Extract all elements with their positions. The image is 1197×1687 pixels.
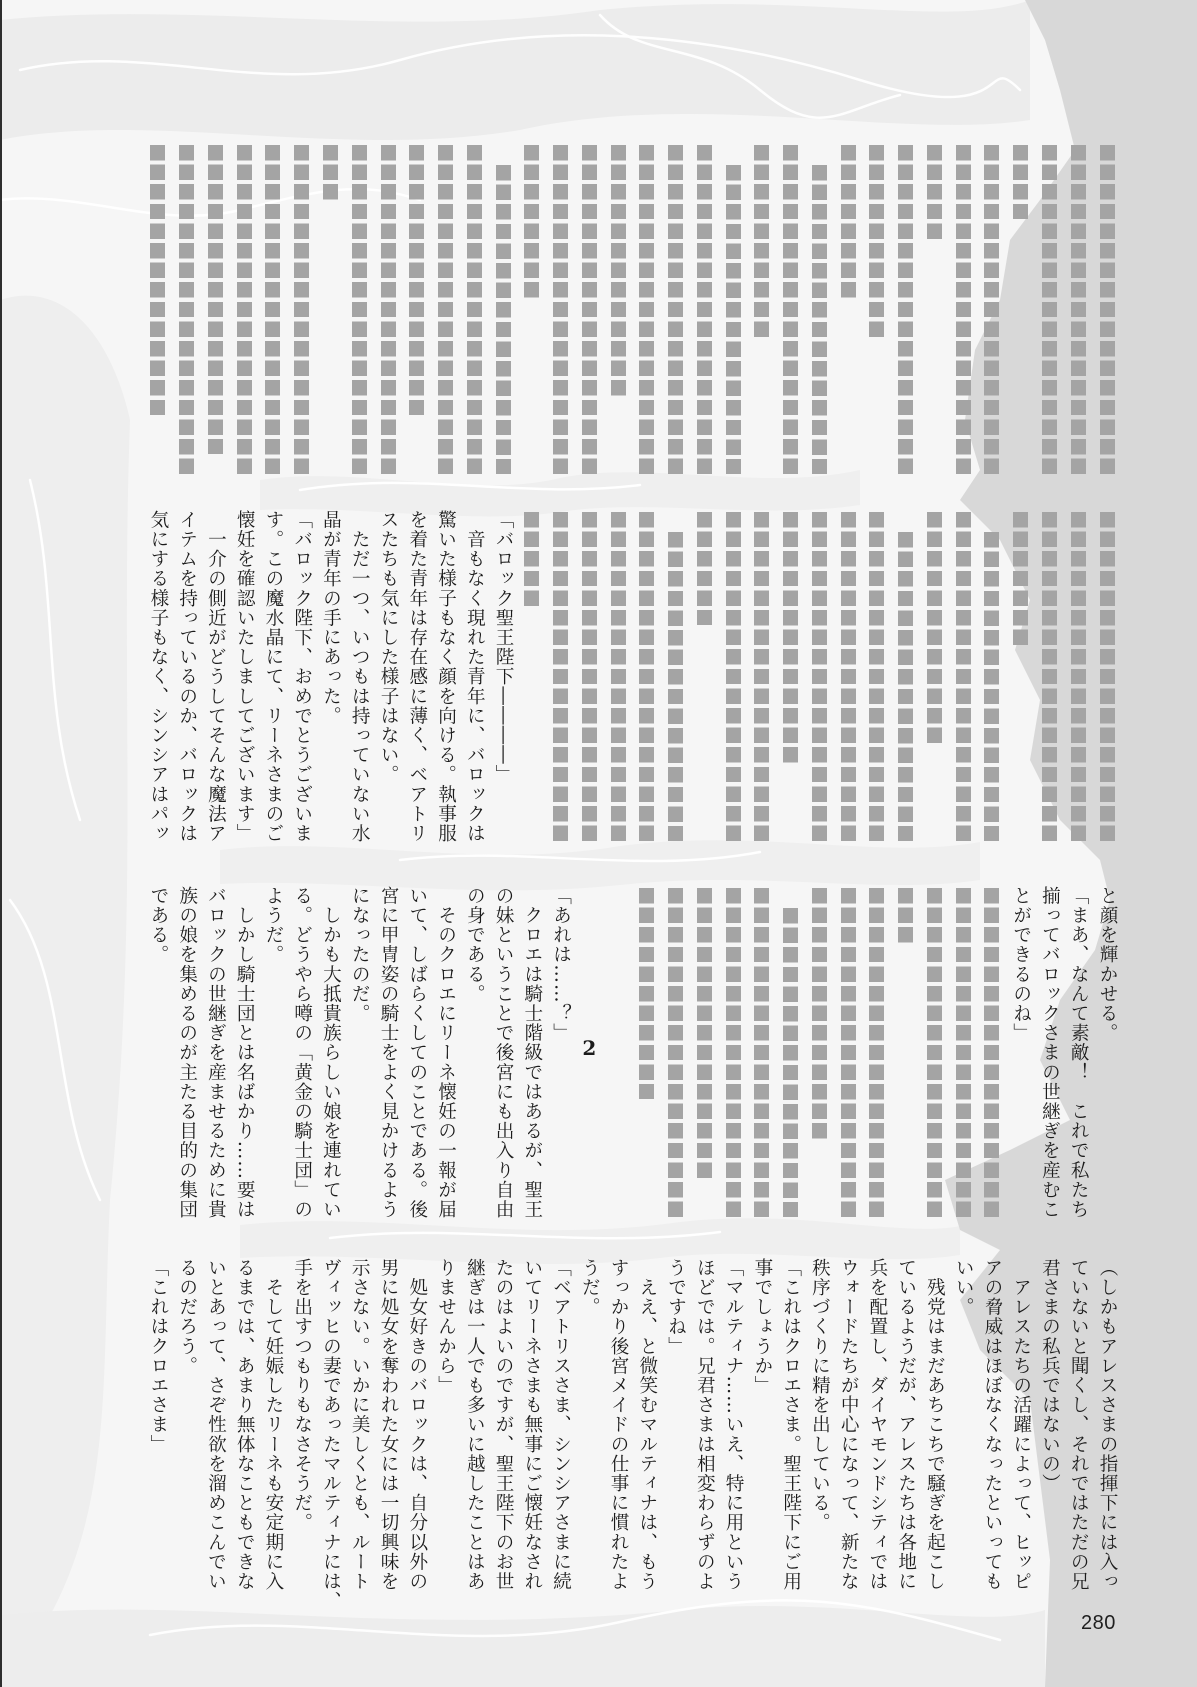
text-column: ウォードたちが中心になって、新たな	[838, 1258, 858, 1618]
text-column: ただ一つ、いつもは持っていない水	[349, 510, 369, 870]
text-column: ヴィッヒの妻であったマルティナには、	[320, 1258, 340, 1618]
omitted-text-column	[898, 532, 913, 841]
text-column: ていないと聞くし、それではただの兄	[1068, 1258, 1088, 1618]
text-column: いて、しばらくしてのことである。後	[407, 886, 427, 1246]
omitted-text-column	[927, 145, 942, 239]
omitted-text-column	[812, 165, 827, 474]
text-column: 処女好きのバロックは、自分以外の	[407, 1258, 427, 1618]
text-column: す。この魔水晶にて、リーネさまのご	[263, 510, 283, 870]
text-column: （しかもアレスさまの指揮下には入っ	[1097, 1258, 1117, 1618]
text-column: 一介の側近がどうしてそんな魔法ア	[205, 510, 225, 870]
text-column: 晶が青年の手にあった。	[320, 510, 340, 870]
omitted-text-column	[726, 888, 741, 1217]
omitted-text-column	[294, 145, 309, 474]
omitted-text-column	[697, 145, 712, 474]
text-column: うだ。	[579, 1258, 599, 1618]
omitted-text-column	[898, 145, 913, 474]
omitted-text-column	[352, 145, 367, 474]
omitted-text-column	[639, 145, 654, 474]
omitted-text-column	[841, 145, 856, 298]
omitted-text-column	[553, 145, 568, 474]
omitted-text-column	[237, 145, 252, 474]
text-column: 族の娘を集めるのが主たる目的の集団	[177, 886, 197, 1246]
omitted-text-column	[812, 512, 827, 841]
omitted-text-column	[582, 145, 597, 474]
text-column: るのだろう。	[177, 1258, 197, 1618]
text-column: 「マルティナ……いえ、特に用という	[723, 1258, 743, 1618]
text-tier-3: と顔を輝かせる。「まあ、なんて素敵！ これで私たち揃ってバロックさまの世継ぎを産…	[0, 886, 1197, 1231]
text-column: いてリーネさまも無事にご懐妊なされ	[522, 1258, 542, 1618]
omitted-text-column	[1100, 512, 1115, 841]
omitted-text-column	[927, 512, 942, 743]
text-column: そして妊娠したリーネも安定期に入	[263, 1258, 283, 1618]
text-column: 宮に甲冑姿の騎士をよく見かけるよう	[378, 886, 398, 1246]
omitted-text-column	[524, 512, 539, 606]
omitted-text-column	[1013, 145, 1028, 219]
omitted-text-column	[956, 145, 971, 474]
text-column: 残党はまだあちこちで騒ぎを起こし	[924, 1258, 944, 1618]
text-column: イテムを持っているのか、バロックは	[177, 510, 197, 870]
text-column: 驚いた様子もなく顔を向ける。執事服	[436, 510, 456, 870]
text-column: になったのだ。	[349, 886, 369, 1246]
text-column: クロエは騎士階級ではあるが、聖王	[522, 886, 542, 1246]
page-number: 280	[1081, 1612, 1116, 1635]
omitted-text-column	[668, 145, 683, 474]
omitted-text-column	[726, 165, 741, 474]
omitted-text-column	[984, 145, 999, 474]
omitted-text-column	[754, 512, 769, 841]
omitted-text-column	[668, 888, 683, 1217]
text-column: 「これはクロエさま」	[148, 1258, 168, 1618]
omitted-text-column	[783, 145, 798, 474]
omitted-text-column	[697, 888, 712, 1178]
text-column: の身である。	[464, 886, 484, 1246]
text-tier-1	[0, 143, 1197, 488]
omitted-text-column	[208, 145, 223, 454]
text-column: 継ぎは一人でも多いに越したことはあ	[464, 1258, 484, 1618]
omitted-text-column	[438, 145, 453, 474]
omitted-text-column	[754, 145, 769, 337]
text-tier-2: 「バロック聖王陛下――――」 音もなく現れた青年に、バロックは驚いた様子もなく顔…	[0, 510, 1197, 855]
text-column: 「バロック聖王陛下――――」	[493, 510, 513, 870]
omitted-text-column	[611, 512, 626, 841]
section-number: 2	[579, 1036, 599, 1066]
text-tier-4: （しかもアレスさまの指揮下には入っていないと聞くし、それではただの兄君さまの私兵…	[0, 1258, 1197, 1603]
text-column: 「あれは……？」	[551, 886, 571, 1246]
text-column: 君さまの私兵ではないの）	[1039, 1258, 1059, 1618]
text-column: すっかり後宮メイドの仕事に慣れたよ	[608, 1258, 628, 1618]
omitted-text-column	[841, 888, 856, 1217]
text-column: しかも大抵貴族らしい娘を連れてい	[320, 886, 340, 1246]
text-column: 手を出すつもりもなさそうだ。	[292, 1258, 312, 1618]
text-column: 懐妊を確認いたしましてございます」	[234, 510, 254, 870]
text-column: スたちも気にした様子はない。	[378, 510, 398, 870]
text-column: ほどでは。兄君さまは相変わらずのよ	[694, 1258, 714, 1618]
omitted-text-column	[1071, 145, 1086, 474]
text-column: るまでは、あまり無体なこともできな	[234, 1258, 254, 1618]
omitted-text-column	[1100, 145, 1115, 474]
omitted-text-column	[869, 888, 884, 1217]
omitted-text-column	[668, 532, 683, 841]
omitted-text-column	[553, 512, 568, 841]
book-page: 「バロック聖王陛下――――」 音もなく現れた青年に、バロックは驚いた様子もなく顔…	[0, 0, 1197, 1687]
omitted-text-column	[323, 145, 338, 200]
omitted-text-column	[927, 888, 942, 1217]
text-column: 「ベアトリスさま、シンシアさまに続	[551, 1258, 571, 1618]
text-column: アレスたちの活躍によって、ヒッピ	[1011, 1258, 1031, 1618]
omitted-text-column	[1071, 512, 1086, 841]
omitted-text-column	[1013, 512, 1028, 645]
omitted-text-column	[265, 145, 280, 474]
text-column: 事でしょうか」	[752, 1258, 772, 1618]
text-column: たのはよいのですが、聖王陛下のお世	[493, 1258, 513, 1618]
text-column: ようだ。	[263, 886, 283, 1246]
text-column: の妹ということで後宮にも出入り自由	[493, 886, 513, 1246]
text-column: りませんから」	[436, 1258, 456, 1618]
omitted-text-column	[984, 532, 999, 841]
omitted-text-column	[409, 145, 424, 415]
text-column: 示さない。いかに美しくとも、ルート	[349, 1258, 369, 1618]
omitted-text-column	[1042, 145, 1057, 474]
omitted-text-column	[697, 512, 712, 625]
omitted-text-column	[956, 888, 971, 1217]
omitted-text-column	[582, 512, 597, 841]
text-column: いい。	[953, 1258, 973, 1618]
text-column: である。	[148, 886, 168, 1246]
text-column: いとあって、さぞ性欲を溜めこんでい	[205, 1258, 225, 1618]
omitted-text-column	[179, 145, 194, 474]
omitted-text-column	[726, 512, 741, 841]
omitted-text-column	[956, 512, 971, 841]
text-column: 気にする様子もなく、シンシアはパッ	[148, 510, 168, 870]
text-column: を着た青年は存在感に薄く、ベアトリ	[407, 510, 427, 870]
text-column: そのクロエにリーネ懐妊の一報が届	[436, 886, 456, 1246]
omitted-text-column	[783, 512, 798, 763]
text-column: 揃ってバロックさまの世継ぎを産むこ	[1039, 886, 1059, 1246]
omitted-text-column	[496, 165, 511, 474]
text-column: 音もなく現れた青年に、バロックは	[464, 510, 484, 870]
omitted-text-column	[1042, 512, 1057, 841]
text-column: アの脅威はほぼなくなったといっても	[982, 1258, 1002, 1618]
text-column: 兵を配置し、ダイヤモンドシティでは	[867, 1258, 887, 1618]
text-column: とができるのね」	[1011, 886, 1031, 1246]
text-column: しかし騎士団とは名ばかり……要は	[234, 886, 254, 1246]
text-column: バロックの世継ぎを産ませるために貴	[205, 886, 225, 1246]
text-column: 男に処女を奪われた女には一切興味を	[378, 1258, 398, 1618]
omitted-text-column	[812, 888, 827, 1139]
text-column: 秩序づくりに精を出している。	[809, 1258, 829, 1618]
omitted-text-column	[524, 145, 539, 298]
omitted-text-column	[611, 145, 626, 396]
omitted-text-column	[639, 512, 654, 841]
text-column: ているようだが、アレスたちは各地に	[896, 1258, 916, 1618]
omitted-text-column	[783, 908, 798, 1217]
omitted-text-column	[869, 512, 884, 841]
omitted-text-column	[984, 888, 999, 1217]
text-column: と顔を輝かせる。	[1097, 886, 1117, 1246]
text-column: 「これはクロエさま。聖王陛下にご用	[781, 1258, 801, 1618]
text-column: うですね」	[666, 1258, 686, 1618]
omitted-text-column	[754, 888, 769, 1217]
text-column: る。どうやら噂の「黄金の騎士団」の	[292, 886, 312, 1246]
omitted-text-column	[869, 145, 884, 337]
omitted-text-column	[639, 888, 654, 1099]
text-column: 「まあ、なんて素敵！ これで私たち	[1068, 886, 1088, 1246]
omitted-text-column	[150, 145, 165, 415]
omitted-text-column	[467, 145, 482, 474]
text-column: ええ、と微笑むマルティナは、もう	[637, 1258, 657, 1618]
omitted-text-column	[381, 145, 396, 474]
text-column: 「バロック陛下、おめでとうございま	[292, 510, 312, 870]
omitted-text-column	[841, 512, 856, 841]
omitted-text-column	[898, 888, 913, 943]
